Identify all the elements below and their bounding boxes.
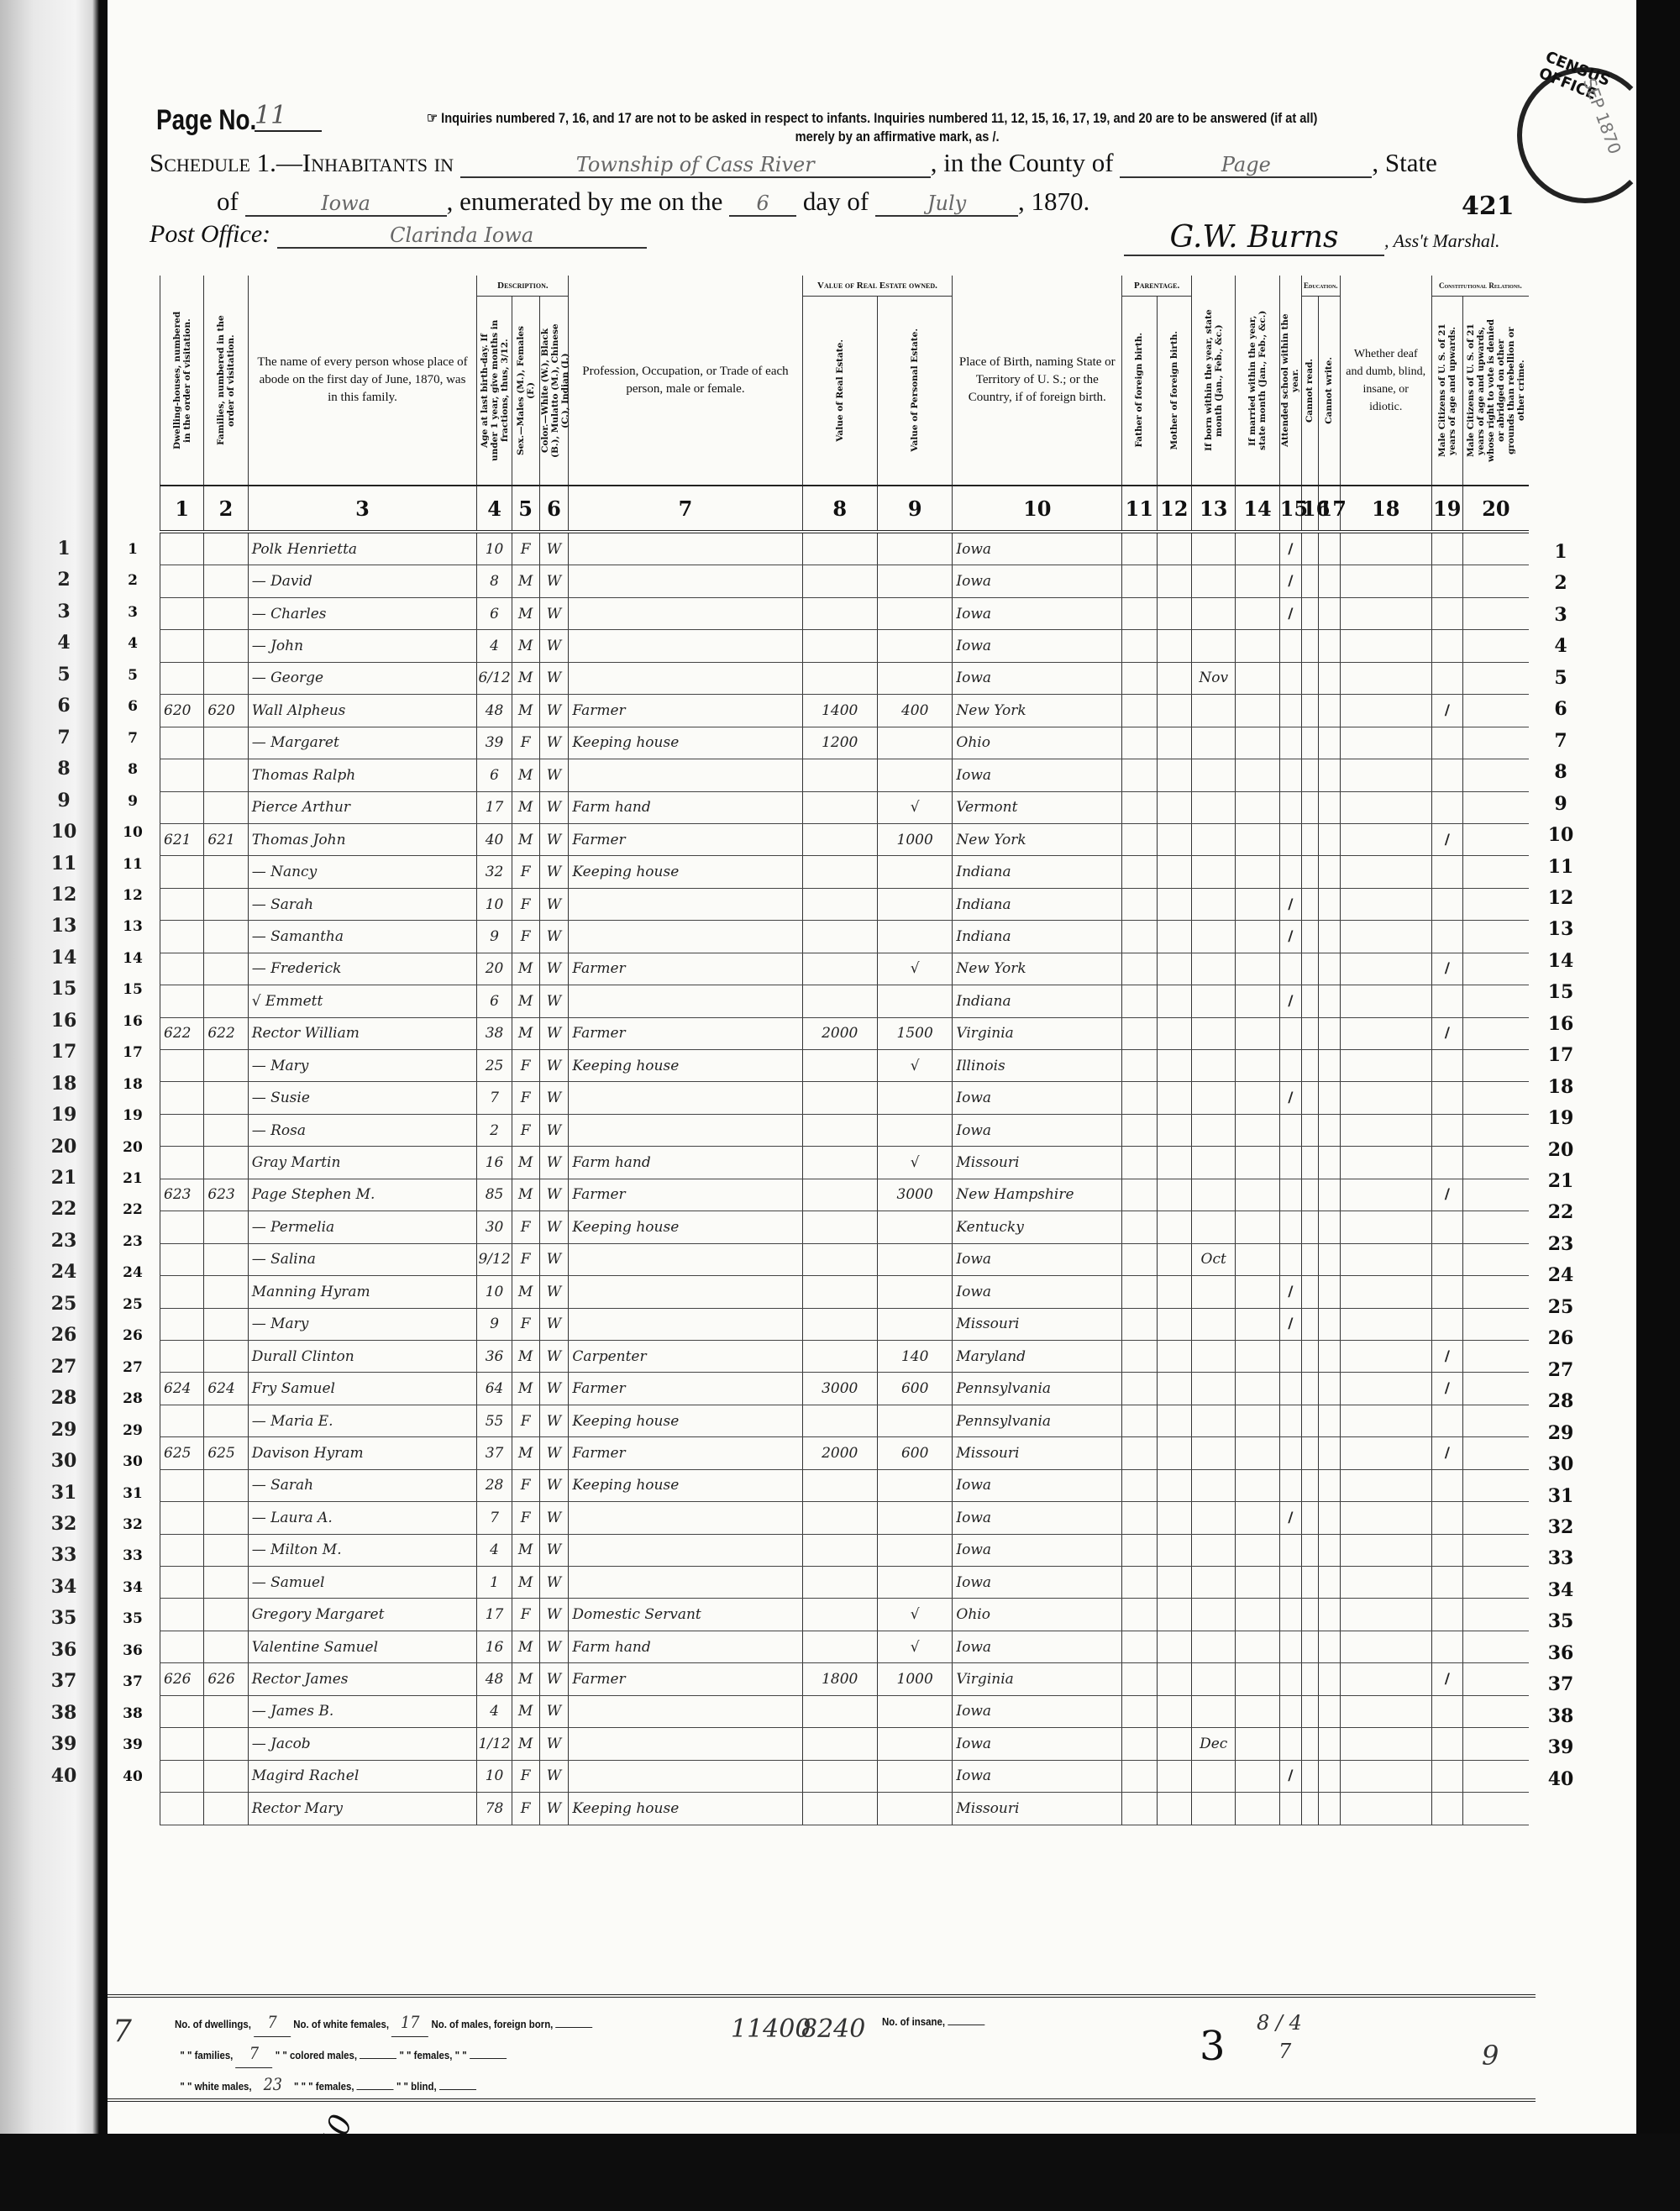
cell-dwelling: [160, 1211, 204, 1243]
cell-dwelling: [160, 597, 204, 629]
cell-birthplace: Indiana: [953, 856, 1122, 888]
cell-family: [204, 985, 248, 1017]
cell-c18: [1340, 1050, 1431, 1082]
cell-c15: [1279, 695, 1301, 727]
cell-c17: [1318, 695, 1340, 727]
year: , 1870.: [1018, 186, 1089, 216]
cell-real: [802, 1793, 877, 1825]
line-number-left: 14: [108, 950, 158, 967]
cell-family: [204, 953, 248, 985]
cell-personal: √: [877, 953, 952, 985]
cell-c14: [1236, 1663, 1279, 1695]
cell-name: Wall Alpheus: [248, 695, 477, 727]
cell-c12: [1157, 1179, 1191, 1211]
cell-c12: [1157, 921, 1191, 953]
line-number-left: 15: [108, 981, 158, 998]
cell-c16: [1301, 1114, 1318, 1146]
cell-personal: [877, 888, 952, 920]
cell-c17: [1318, 727, 1340, 759]
table-row: Rector Mary78FWKeeping houseMissouri: [160, 1793, 1530, 1825]
cell-c20: [1462, 791, 1529, 823]
cell-c12: [1157, 1793, 1191, 1825]
cell-real: [802, 1308, 877, 1340]
cell-sex: M: [512, 1631, 539, 1662]
cell-occupation: Keeping house: [569, 1050, 802, 1082]
cell-occupation: Farmer: [569, 953, 802, 985]
cell-c19: /: [1431, 823, 1462, 855]
cell-color: W: [539, 727, 569, 759]
line-number-left: 3: [108, 604, 158, 621]
cell-c11: [1122, 1695, 1157, 1727]
cell-age: 6: [477, 985, 512, 1017]
cell-personal: √: [877, 1631, 952, 1662]
cell-c14: [1236, 630, 1279, 662]
cell-personal: [877, 921, 952, 953]
cell-name: Gray Martin: [248, 1147, 477, 1179]
cell-c13: [1192, 1147, 1236, 1179]
cell-c16: [1301, 630, 1318, 662]
cell-c15: [1279, 727, 1301, 759]
cell-c14: [1236, 856, 1279, 888]
cell-family: [204, 791, 248, 823]
cell-occupation: Keeping house: [569, 1211, 802, 1243]
cell-c14: [1236, 1114, 1279, 1146]
cell-occupation: [569, 921, 802, 953]
cell-color: W: [539, 1534, 569, 1566]
cell-sex: M: [512, 1695, 539, 1727]
cell-birthplace: Missouri: [953, 1437, 1122, 1469]
cell-real: [802, 1340, 877, 1372]
cell-dwelling: [160, 1308, 204, 1340]
cell-real: [802, 565, 877, 597]
cell-color: W: [539, 1663, 569, 1695]
cell-color: W: [539, 1017, 569, 1049]
cell-real: [802, 1728, 877, 1760]
enumeration-line: of Iowa, enumerated by me on the 6 day o…: [217, 186, 1089, 217]
cell-sex: F: [512, 1308, 539, 1340]
line-number-right: 4: [1536, 635, 1586, 657]
cell-occupation: [569, 662, 802, 694]
cell-c12: [1157, 1340, 1191, 1372]
cell-sex: M: [512, 1147, 539, 1179]
table-row: — Susie7FWIowa/: [160, 1082, 1530, 1114]
cell-c19: /: [1431, 1179, 1462, 1211]
cell-name: Thomas Ralph: [248, 759, 477, 791]
cell-c20: [1462, 1308, 1529, 1340]
adjacent-page-line-number: 19: [39, 1104, 89, 1126]
adjacent-page-line-number: 20: [39, 1136, 89, 1158]
cell-c19: [1431, 1599, 1462, 1631]
cell-color: W: [539, 1179, 569, 1211]
cell-c11: [1122, 1728, 1157, 1760]
cell-age: 9: [477, 921, 512, 953]
cell-age: 4: [477, 1534, 512, 1566]
cell-c19: /: [1431, 1437, 1462, 1469]
cell-real: 1800: [802, 1663, 877, 1695]
cell-c18: [1340, 1276, 1431, 1308]
cell-name: — Samuel: [248, 1567, 477, 1599]
cell-occupation: [569, 1760, 802, 1792]
line-number-left: 12: [108, 887, 158, 904]
cell-personal: 600: [877, 1373, 952, 1405]
cell-dwelling: [160, 1276, 204, 1308]
cell-c19: [1431, 1050, 1462, 1082]
cell-occupation: Keeping house: [569, 856, 802, 888]
table-row: Thomas Ralph6MWIowa: [160, 759, 1530, 791]
cell-sex: F: [512, 1082, 539, 1114]
cell-c19: [1431, 1502, 1462, 1534]
cell-c16: [1301, 597, 1318, 629]
column-number-2: 2: [204, 486, 248, 532]
cell-c19: [1431, 662, 1462, 694]
cell-dwelling: 626: [160, 1663, 204, 1695]
cell-c12: [1157, 1695, 1191, 1727]
cell-c11: [1122, 953, 1157, 985]
cell-dwelling: [160, 791, 204, 823]
cell-dwelling: [160, 565, 204, 597]
col13-total: 3: [1200, 2023, 1226, 2070]
cell-c14: [1236, 921, 1279, 953]
cell-c19: [1431, 1760, 1462, 1792]
cell-occupation: Farmer: [569, 1017, 802, 1049]
cell-c16: [1301, 1631, 1318, 1662]
cell-c15: [1279, 1599, 1301, 1631]
cell-name: — Sarah: [248, 888, 477, 920]
cell-c17: [1318, 1243, 1340, 1275]
table-row: — Margaret39FWKeeping house1200Ohio: [160, 727, 1530, 759]
cell-c15: [1279, 1534, 1301, 1566]
cell-c12: [1157, 856, 1191, 888]
cell-age: 4: [477, 1695, 512, 1727]
cell-family: [204, 1728, 248, 1760]
table-row: — Rosa2FWIowa: [160, 1114, 1530, 1146]
cell-color: W: [539, 1147, 569, 1179]
cell-birthplace: Iowa: [953, 1469, 1122, 1501]
cell-age: 9/12: [477, 1243, 512, 1275]
page-header: Page No. 11 ☞ Inquiries numbered 7, 16, …: [108, 0, 1636, 277]
cell-c15: [1279, 1793, 1301, 1825]
cell-dwelling: 620: [160, 695, 204, 727]
table-row: 625625Davison Hyram37MWFarmer2000600Miss…: [160, 1437, 1530, 1469]
cell-age: 16: [477, 1631, 512, 1662]
cell-c11: [1122, 727, 1157, 759]
cell-color: W: [539, 985, 569, 1017]
cell-c11: [1122, 1663, 1157, 1695]
cell-c11: [1122, 695, 1157, 727]
cell-personal: √: [877, 1050, 952, 1082]
cell-color: W: [539, 1760, 569, 1792]
cell-c18: [1340, 1599, 1431, 1631]
cell-name: Rector William: [248, 1017, 477, 1049]
cell-birthplace: Pennsylvania: [953, 1405, 1122, 1436]
cell-personal: [877, 597, 952, 629]
cell-c12: [1157, 1211, 1191, 1243]
cell-birthplace: Ohio: [953, 1599, 1122, 1631]
line-number-right: 12: [1536, 887, 1586, 909]
cell-c19: [1431, 1405, 1462, 1436]
cell-c19: [1431, 565, 1462, 597]
cell-c15: [1279, 1567, 1301, 1599]
adjacent-page-line-number: 25: [39, 1293, 89, 1315]
cell-c17: [1318, 630, 1340, 662]
cell-c15: [1279, 1695, 1301, 1727]
cell-family: [204, 1469, 248, 1501]
cell-c16: [1301, 1017, 1318, 1049]
line-number-right: 2: [1536, 572, 1586, 594]
cell-c20: [1462, 1793, 1529, 1825]
cell-c16: [1301, 532, 1318, 565]
cell-c11: [1122, 1147, 1157, 1179]
cell-c19: [1431, 921, 1462, 953]
cell-birthplace: Iowa: [953, 1728, 1122, 1760]
cell-c15: [1279, 1631, 1301, 1662]
adjacent-page-line-number: 18: [39, 1073, 89, 1095]
colored-females-count: [357, 2089, 394, 2090]
cell-age: 20: [477, 953, 512, 985]
adjacent-page-margin: 1234567891011121314151617181920212223242…: [0, 0, 108, 2211]
cell-name: — Samantha: [248, 921, 477, 953]
cell-c19: [1431, 597, 1462, 629]
cell-c20: [1462, 1631, 1529, 1662]
cell-c13: [1192, 630, 1236, 662]
cell-age: 25: [477, 1050, 512, 1082]
line-number-left: 5: [108, 667, 158, 684]
line-number-right: 17: [1536, 1044, 1586, 1066]
cell-occupation: [569, 1567, 802, 1599]
cell-c13: [1192, 856, 1236, 888]
cell-c12: [1157, 565, 1191, 597]
cell-sex: M: [512, 662, 539, 694]
cell-family: [204, 1793, 248, 1825]
cell-c17: [1318, 597, 1340, 629]
table-row: Manning Hyram10MWIowa/: [160, 1276, 1530, 1308]
line-number-left: 1: [108, 541, 158, 558]
cell-c14: [1236, 1017, 1279, 1049]
cell-c13: [1192, 985, 1236, 1017]
cell-c17: [1318, 1437, 1340, 1469]
cell-sex: F: [512, 1243, 539, 1275]
inquiries-instructions: ☞ Inquiries numbered 7, 16, and 17 are n…: [427, 109, 1474, 146]
cell-c17: [1318, 823, 1340, 855]
cell-dwelling: [160, 630, 204, 662]
cell-c13: Dec: [1192, 1728, 1236, 1760]
table-row: 626626Rector James48MWFarmer18001000Virg…: [160, 1663, 1530, 1695]
cell-c15: /: [1279, 1082, 1301, 1114]
cell-c20: [1462, 1469, 1529, 1501]
table-row: — Jacob1/12MWIowaDec: [160, 1728, 1530, 1760]
group-constitutional: Constitutional Relations.: [1431, 276, 1529, 296]
cell-c20: [1462, 1082, 1529, 1114]
cell-birthplace: Iowa: [953, 1534, 1122, 1566]
cell-c18: [1340, 1243, 1431, 1275]
column-number-8: 8: [802, 486, 877, 532]
cell-c12: [1157, 1663, 1191, 1695]
cell-c12: [1157, 662, 1191, 694]
cell-c14: [1236, 1147, 1279, 1179]
cell-c11: [1122, 1050, 1157, 1082]
schedule-label: Schedule 1.—Inhabitants in: [150, 148, 454, 177]
cell-occupation: Farm hand: [569, 1147, 802, 1179]
cell-real: [802, 1695, 877, 1727]
col-header-9: Value of Personal Estate.: [877, 296, 952, 486]
cell-color: W: [539, 791, 569, 823]
cell-age: 38: [477, 1017, 512, 1049]
cell-dwelling: [160, 1469, 204, 1501]
column-number-15: 15: [1279, 486, 1301, 532]
cell-sex: M: [512, 630, 539, 662]
cell-c13: [1192, 1114, 1236, 1146]
cell-personal: √: [877, 791, 952, 823]
cell-real: [802, 791, 877, 823]
cell-c13: [1192, 1760, 1236, 1792]
cell-occupation: [569, 1082, 802, 1114]
line-number-left: 9: [108, 793, 158, 810]
cell-c16: [1301, 1211, 1318, 1243]
cell-color: W: [539, 759, 569, 791]
cell-c13: [1192, 1631, 1236, 1662]
cell-dwelling: [160, 1728, 204, 1760]
cell-name: Valentine Samuel: [248, 1631, 477, 1662]
cell-c16: [1301, 565, 1318, 597]
line-number-right: 22: [1536, 1201, 1586, 1223]
cell-c11: [1122, 1017, 1157, 1049]
cell-c14: [1236, 1082, 1279, 1114]
line-number-right: 9: [1536, 793, 1586, 815]
blind-count: [439, 2089, 476, 2090]
cell-personal: 1000: [877, 1663, 952, 1695]
line-number-right: 23: [1536, 1233, 1586, 1255]
col-header-5: Sex.—Males (M.), Females (F.): [512, 296, 539, 486]
cell-c14: [1236, 695, 1279, 727]
line-number-left: 37: [108, 1673, 158, 1690]
line-number-right: 33: [1536, 1547, 1586, 1569]
cell-c13: [1192, 1050, 1236, 1082]
col15-16-total: 8 / 4: [1257, 2011, 1302, 2035]
cell-age: 28: [477, 1469, 512, 1501]
cell-personal: [877, 1695, 952, 1727]
cell-c12: [1157, 727, 1191, 759]
line-number-right: 3: [1536, 604, 1586, 626]
cell-c11: [1122, 1308, 1157, 1340]
line-number-left: 31: [108, 1485, 158, 1502]
column-number-1: 1: [160, 486, 204, 532]
cell-c20: [1462, 1276, 1529, 1308]
cell-family: [204, 1114, 248, 1146]
cell-c20: [1462, 1211, 1529, 1243]
cell-personal: [877, 1082, 952, 1114]
cell-c13: [1192, 1534, 1236, 1566]
cell-personal: 1000: [877, 823, 952, 855]
cell-real: [802, 1631, 877, 1662]
adjacent-page-line-number: 35: [39, 1607, 89, 1629]
cell-sex: M: [512, 985, 539, 1017]
cell-c18: [1340, 1211, 1431, 1243]
cell-sex: M: [512, 1534, 539, 1566]
cell-c20: [1462, 597, 1529, 629]
cell-c19: [1431, 1631, 1462, 1662]
cell-c20: [1462, 1534, 1529, 1566]
cell-c18: [1340, 1147, 1431, 1179]
cell-color: W: [539, 1050, 569, 1082]
cell-personal: √: [877, 1147, 952, 1179]
cell-name: — David: [248, 565, 477, 597]
table-row: — John4MWIowa: [160, 630, 1530, 662]
cell-name: — Rosa: [248, 1114, 477, 1146]
cell-sex: M: [512, 565, 539, 597]
cell-occupation: Keeping house: [569, 1793, 802, 1825]
cell-age: 9: [477, 1308, 512, 1340]
cell-occupation: Keeping house: [569, 1469, 802, 1501]
cell-c19: /: [1431, 1017, 1462, 1049]
line-number-right: 29: [1536, 1422, 1586, 1444]
cell-c12: [1157, 791, 1191, 823]
cell-occupation: [569, 630, 802, 662]
cell-family: [204, 856, 248, 888]
cell-sex: M: [512, 1276, 539, 1308]
cell-real: [802, 662, 877, 694]
cell-age: 1/12: [477, 1728, 512, 1760]
cell-c13: [1192, 1567, 1236, 1599]
cell-family: [204, 1534, 248, 1566]
cell-dwelling: [160, 1793, 204, 1825]
cell-c18: [1340, 662, 1431, 694]
cell-c20: [1462, 1760, 1529, 1792]
cell-dwelling: 622: [160, 1017, 204, 1049]
cell-name: — Jacob: [248, 1728, 477, 1760]
cell-c16: [1301, 1534, 1318, 1566]
cell-c15: [1279, 856, 1301, 888]
cell-c15: [1279, 1405, 1301, 1436]
table-row: Valentine Samuel16MWFarm hand√Iowa: [160, 1631, 1530, 1662]
cell-c19: [1431, 630, 1462, 662]
cell-c13: [1192, 1599, 1236, 1631]
cell-dwelling: [160, 888, 204, 920]
cell-c17: [1318, 565, 1340, 597]
cell-c16: [1301, 1050, 1318, 1082]
cell-c12: [1157, 1082, 1191, 1114]
line-number-right: 14: [1536, 950, 1586, 972]
cell-c12: [1157, 1276, 1191, 1308]
column-number-16: 16: [1301, 486, 1318, 532]
cell-birthplace: Missouri: [953, 1147, 1122, 1179]
cell-c20: [1462, 1405, 1529, 1436]
table-row: — Milton M.4MWIowa: [160, 1534, 1530, 1566]
cell-c18: [1340, 1405, 1431, 1436]
cell-c20: [1462, 1340, 1529, 1372]
cell-c14: [1236, 565, 1279, 597]
table-row: Durall Clinton36MWCarpenter140Maryland/: [160, 1340, 1530, 1372]
cell-c20: [1462, 1179, 1529, 1211]
cell-c12: [1157, 597, 1191, 629]
white-males-count: 23: [255, 2070, 291, 2099]
line-number-left: 7: [108, 730, 158, 747]
total-real-estate: 11400: [731, 2014, 811, 2044]
cell-c16: [1301, 1405, 1318, 1436]
line-number-right: 19: [1536, 1107, 1586, 1129]
cell-family: [204, 565, 248, 597]
cell-c16: [1301, 1663, 1318, 1695]
cell-c16: [1301, 1308, 1318, 1340]
cell-c16: [1301, 1340, 1318, 1372]
cell-personal: [877, 1211, 952, 1243]
cell-color: W: [539, 1437, 569, 1469]
cell-c19: /: [1431, 1373, 1462, 1405]
cell-c17: [1318, 1663, 1340, 1695]
cell-real: [802, 1276, 877, 1308]
cell-personal: [877, 1469, 952, 1501]
cell-c12: [1157, 1728, 1191, 1760]
adjacent-page-line-number: 8: [39, 758, 89, 780]
